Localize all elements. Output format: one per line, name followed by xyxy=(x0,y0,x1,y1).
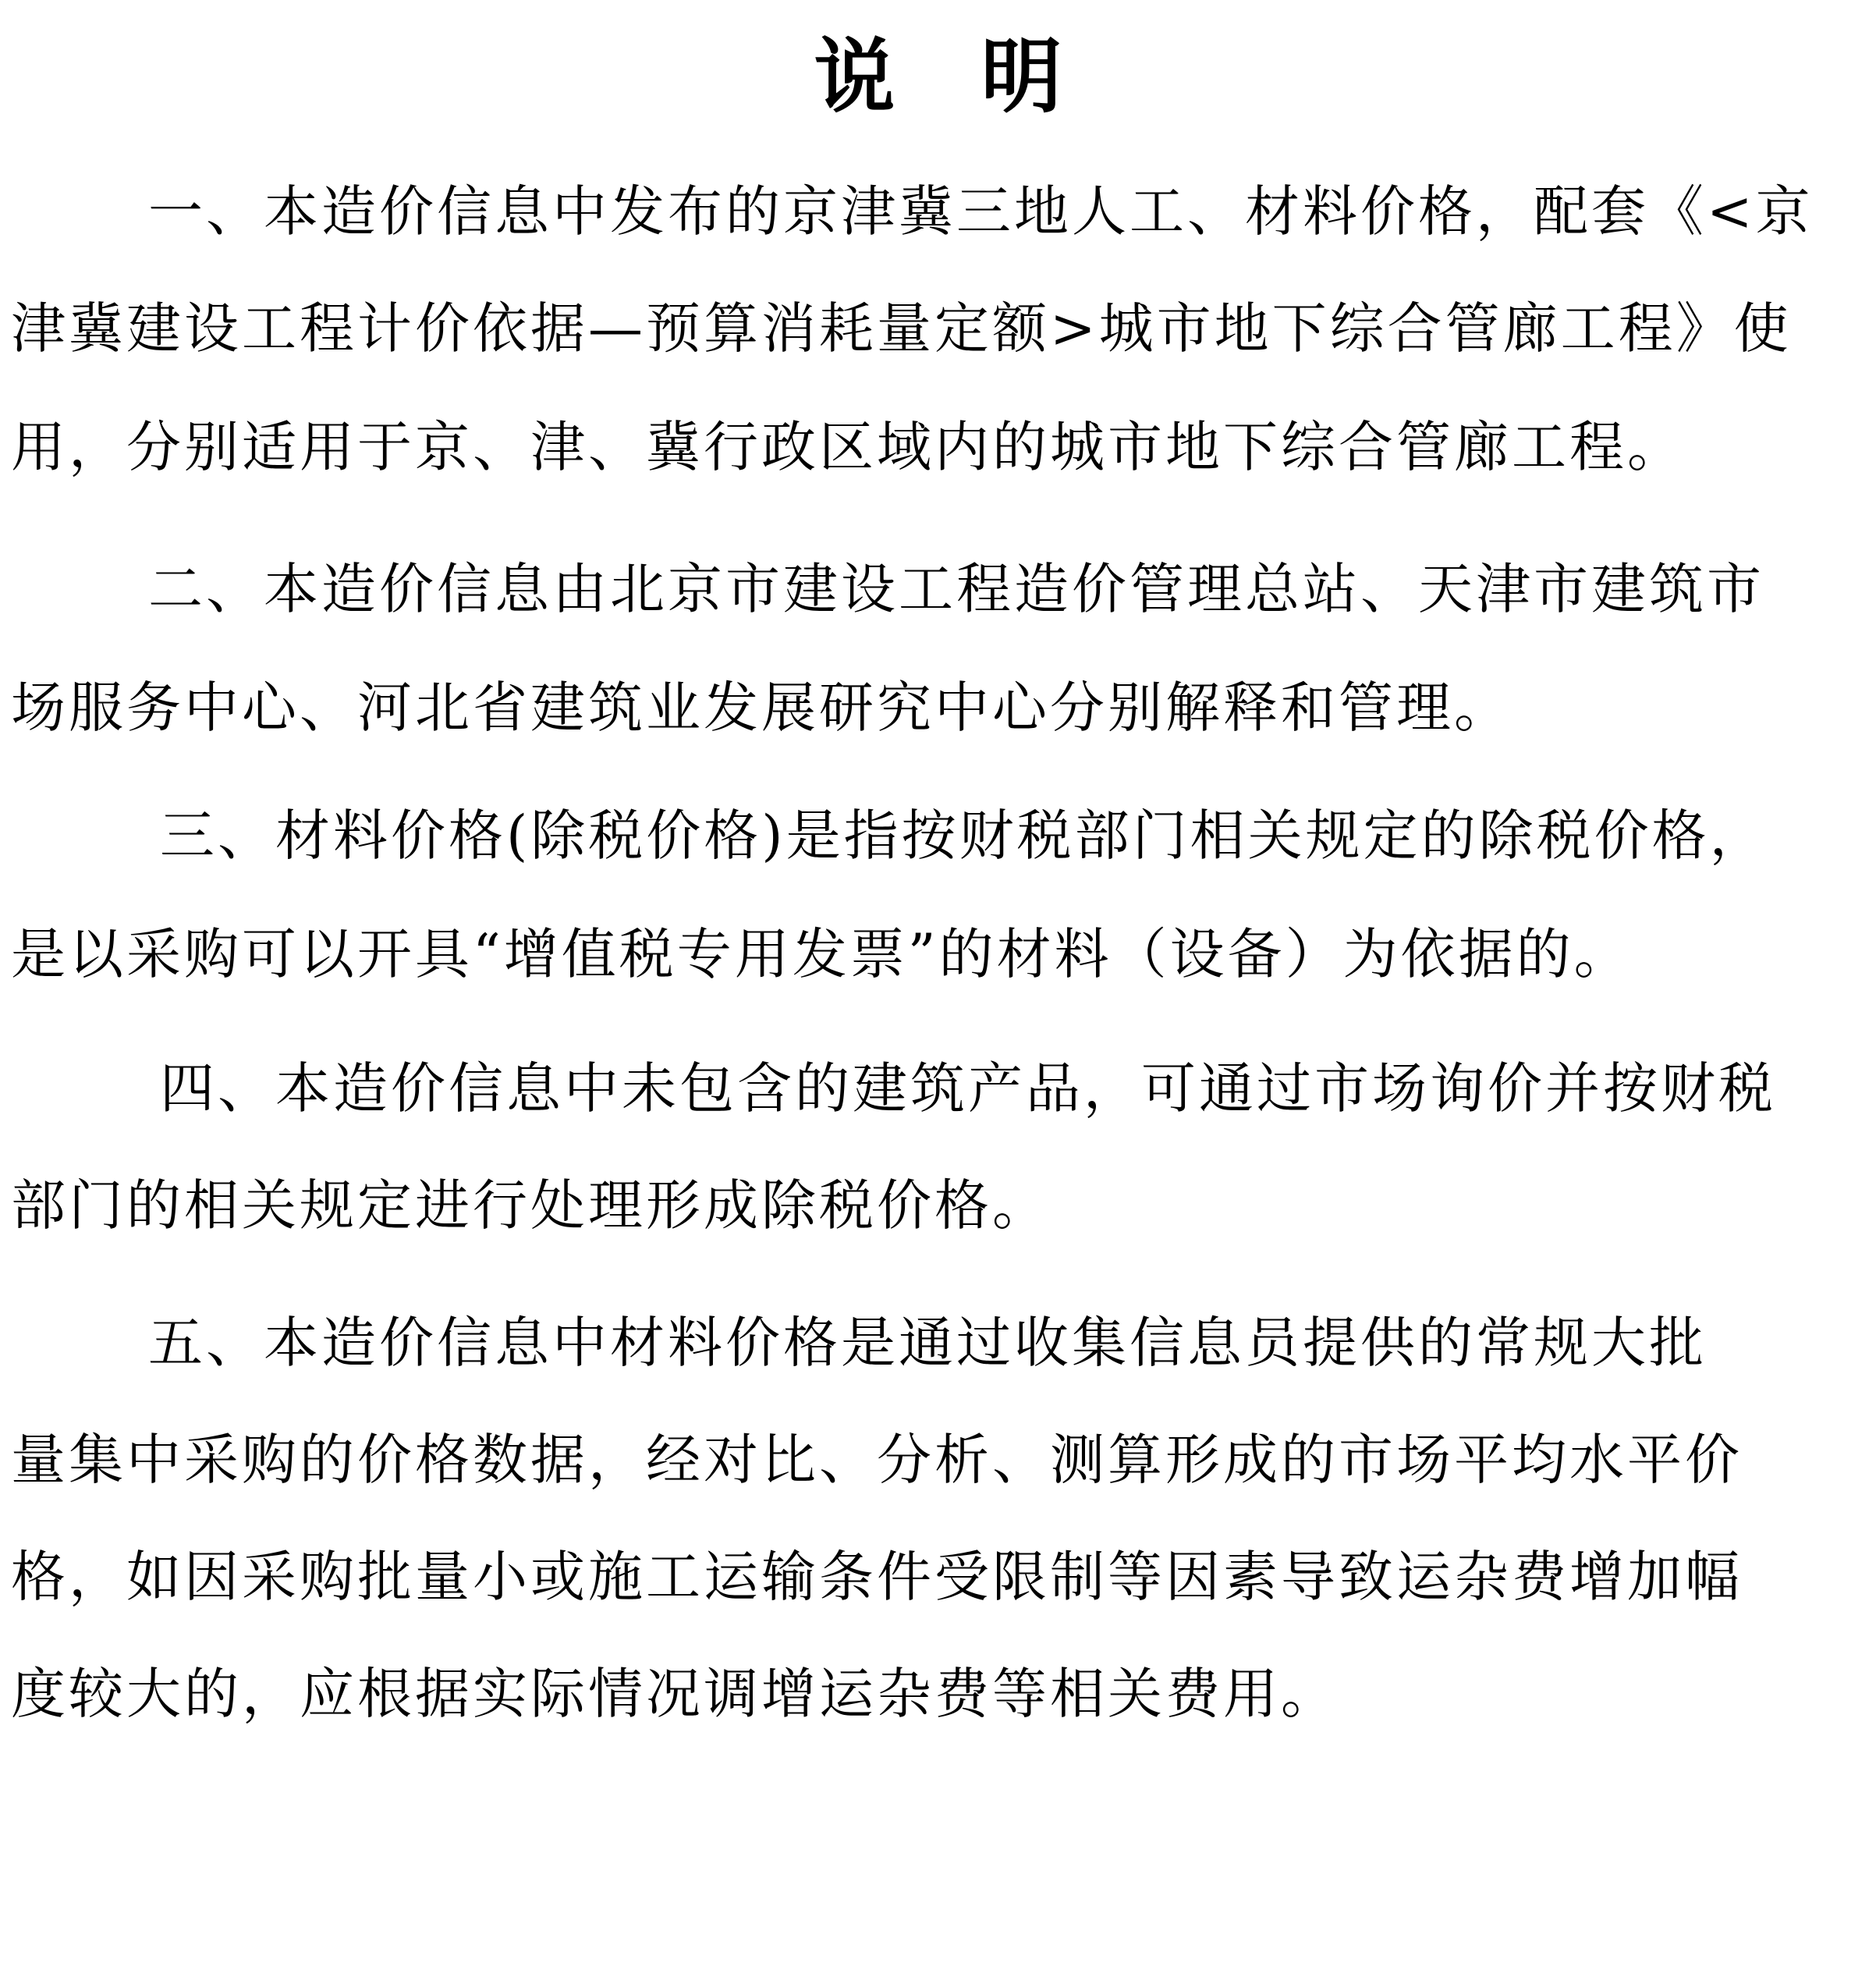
paragraph-5-line-3: 格，如因采购批量小或施工运输条件受限制等因素导致运杂费增加幅 xyxy=(11,1542,1867,1612)
paragraph-1-line-2: 津冀建设工程计价依据—预算消耗量定额>城市地下综合管廊工程》使 xyxy=(11,293,1867,364)
page-title: 说明 xyxy=(0,30,1876,123)
title-char-1: 说 xyxy=(814,29,895,124)
title-char-2: 明 xyxy=(981,29,1062,124)
paragraph-4-line-1: 四、本造价信息中未包含的建筑产品，可通过市场询价并按财税 xyxy=(160,1053,1868,1124)
paragraph-5-line-2: 量集中采购的价格数据，经对比、分析、测算形成的市场平均水平价 xyxy=(11,1425,1867,1495)
document-page: 说明 一、本造价信息中发布的京津冀三地人工、材料价格，配套《<京 津冀建设工程计… xyxy=(0,0,1876,1988)
paragraph-2-line-2: 场服务中心、河北省建筑业发展研究中心分别解释和管理。 xyxy=(11,673,1867,743)
paragraph-3-line-2: 是以采购可以开具“增值税专用发票”的材料（设备）为依据的。 xyxy=(11,919,1867,989)
paragraph-2-line-1: 二、本造价信息由北京市建设工程造价管理总站、天津市建筑市 xyxy=(148,554,1864,624)
paragraph-5-line-1: 五、本造价信息中材料价格是通过收集信息员提供的常规大批 xyxy=(148,1308,1864,1378)
paragraph-3-line-1: 三、材料价格(除税价格)是指按财税部门相关规定的除税价格， xyxy=(160,801,1868,871)
paragraph-5-line-4: 度较大的，应根据实际情况调增运杂费等相关费用。 xyxy=(11,1659,1867,1729)
paragraph-1-line-1: 一、本造价信息中发布的京津冀三地人工、材料价格，配套《<京 xyxy=(148,176,1864,247)
paragraph-1-line-3: 用，分别适用于京、津、冀行政区域内的城市地下综合管廊工程。 xyxy=(11,412,1867,482)
paragraph-4-line-2: 部门的相关规定进行处理形成除税价格。 xyxy=(11,1170,1867,1241)
